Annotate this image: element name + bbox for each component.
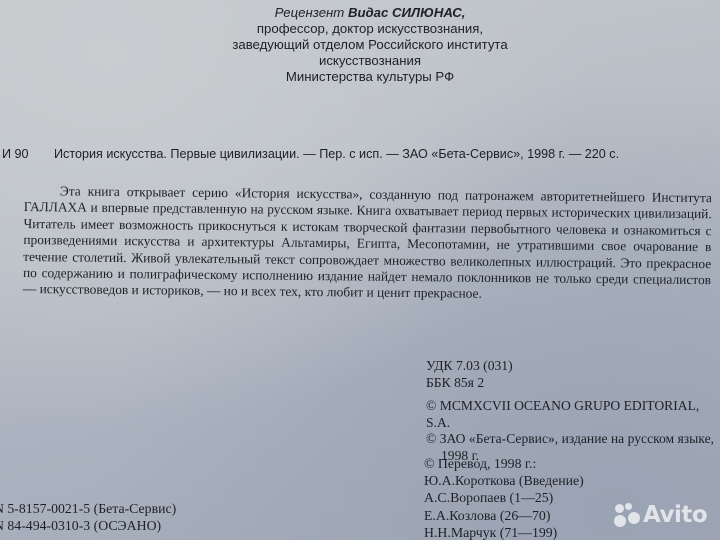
translator-item: Н.Н.Марчук (71—199) [424,524,584,540]
copyright-russian: © ЗАО «Бета-Сервис», издание на русском … [426,431,716,448]
catalog-description: История искусства. Первые цивилизации. —… [54,147,619,161]
avito-watermark: Avito [614,502,707,528]
book-imprint-page: Рецензент Видас СИЛЮНАС, профессор, докт… [0,0,720,540]
translation-credits: © Перевод, 1998 г.: Ю.А.Короткова (Введе… [424,455,584,540]
copyright-original: © MCMXCVII OCEANO GRUPO EDITORIAL, S.A. [426,398,716,431]
reviewer-ministry: Министерства культуры РФ [180,69,560,85]
isbn-beta-servis: N 5-8157-0021-5 (Бета-Сервис) [0,500,176,517]
translator-item: А.С.Воропаев (1—25) [424,489,584,506]
reviewer-block: Рецензент Видас СИЛЮНАС, профессор, докт… [180,5,560,85]
udk-code: УДК 7.03 (031) [426,357,513,374]
catalog-code: И 90 [2,146,54,162]
classification-codes: УДК 7.03 (031) ББК 85я 2 [426,357,513,391]
reviewer-title-line: Рецензент Видас СИЛЮНАС, [180,5,560,21]
reviewer-label: Рецензент [275,5,345,20]
reviewer-position: заведующий отделом Российского института… [180,37,560,69]
isbn-block: N 5-8157-0021-5 (Бета-Сервис) N 84-494-0… [0,500,176,534]
book-annotation: Эта книга открывает серию «История искус… [23,183,712,305]
catalog-entry: И 90История искусства. Первые цивилизаци… [2,146,619,162]
translator-item: Е.А.Козлова (26—70) [424,507,584,524]
isbn-oceano: N 84-494-0310-3 (ОСЭАНО) [0,517,176,534]
reviewer-name: Видас СИЛЮНАС, [348,5,465,20]
reviewer-credential: профессор, доктор искусствознания, [180,21,560,37]
avito-wordmark: Avito [643,502,707,528]
translation-heading: © Перевод, 1998 г.: [424,455,584,472]
avito-dots-icon [614,503,640,527]
translator-item: Ю.А.Короткова (Введение) [424,472,584,489]
bbk-code: ББК 85я 2 [426,374,513,391]
